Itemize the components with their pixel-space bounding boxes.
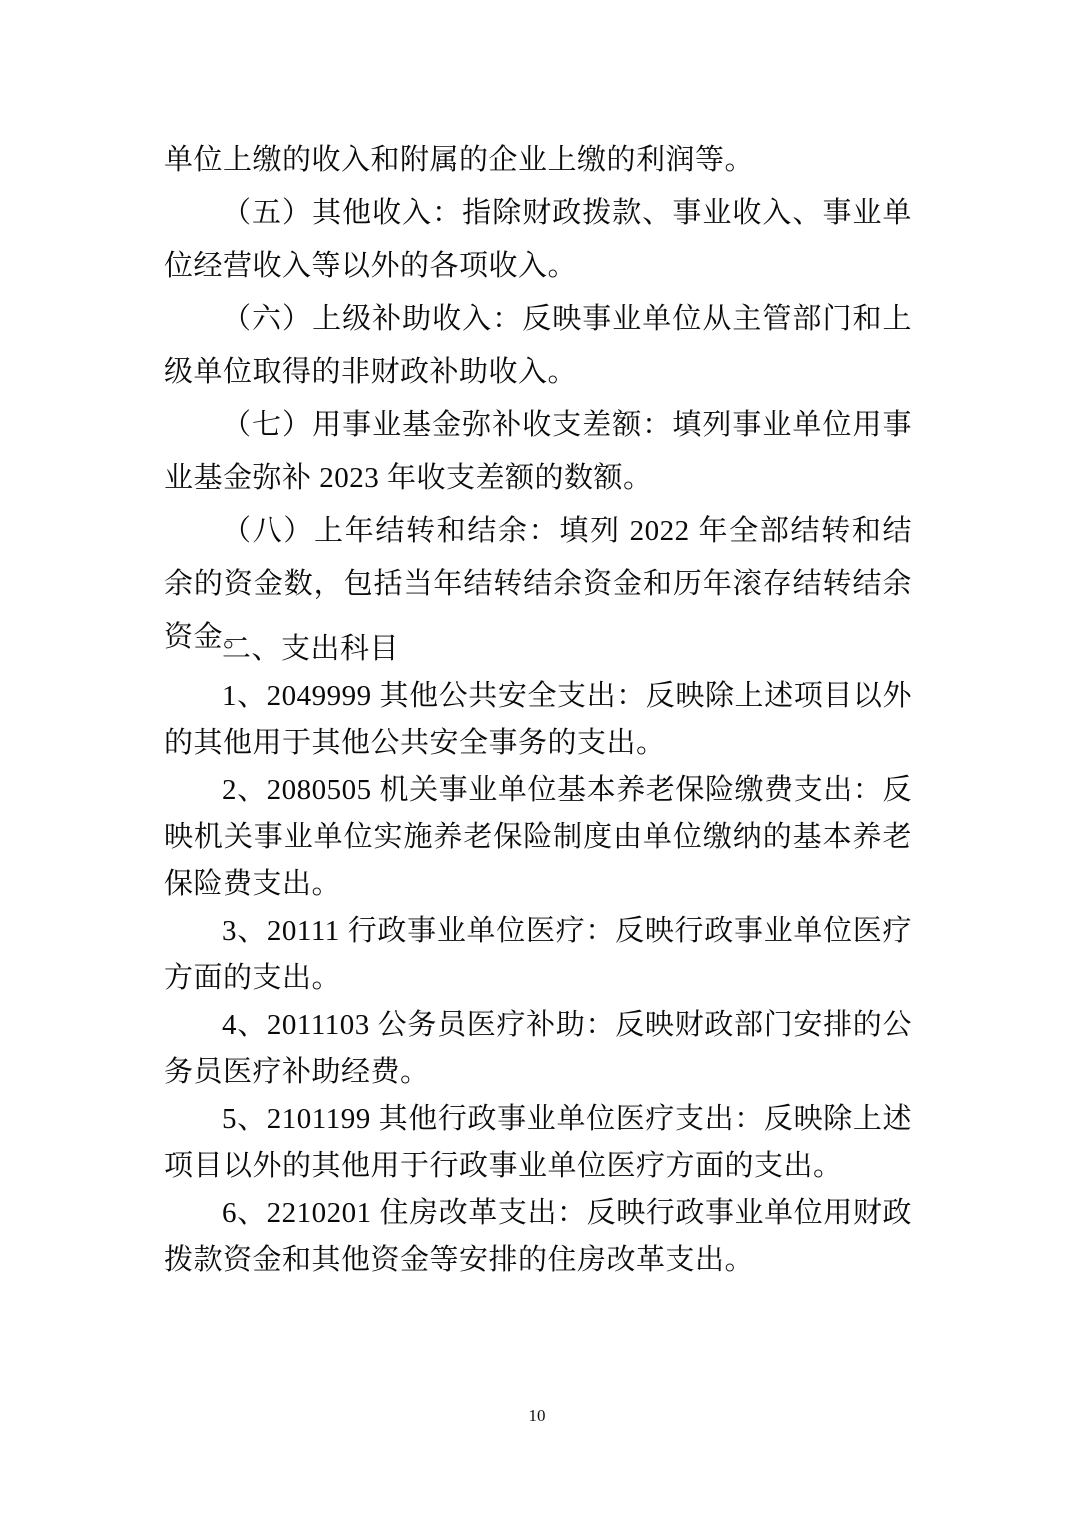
paragraph-item-1-2049999: 1、2049999 其他公共安全支出：反映除上述项目以外的其他用于其他公共安全事… [164,673,912,767]
page-number: 10 [0,1404,1074,1428]
income-section-text-block: 单位上缴的收入和附属的企业上缴的利润等。 （五）其他收入：指除财政拨款、事业收入… [164,134,912,664]
paragraph-item-5-2101199: 5、2101199 其他行政事业单位医疗支出：反映除上述项目以外的其他用于行政事… [164,1096,912,1190]
expenditure-section-text-block: 二、支出科目 1、2049999 其他公共安全支出：反映除上述项目以外的其他用于… [164,626,912,1284]
paragraph-item-6-superior-subsidy-income: （六）上级补助收入：反映事业单位从主管部门和上级单位取得的非财政补助收入。 [164,293,912,399]
paragraph-item-3-20111: 3、20111 行政事业单位医疗：反映行政事业单位医疗方面的支出。 [164,908,912,1002]
paragraph-item-6-2210201: 6、2210201 住房改革支出：反映行政事业单位用财政拨款资金和其他资金等安排… [164,1190,912,1284]
document-page: 单位上缴的收入和附属的企业上缴的利润等。 （五）其他收入：指除财政拨款、事业收入… [0,0,1074,1520]
paragraph-item-4-2011103: 4、2011103 公务员医疗补助：反映财政部门安排的公务员医疗补助经费。 [164,1002,912,1096]
paragraph-item-7-fund-balance: （七）用事业基金弥补收支差额：填列事业单位用事业基金弥补 2023 年收支差额的… [164,399,912,505]
paragraph-continuation: 单位上缴的收入和附属的企业上缴的利润等。 [164,134,912,187]
section-heading-expenditure: 二、支出科目 [164,626,912,673]
paragraph-item-5-other-income: （五）其他收入：指除财政拨款、事业收入、事业单位经营收入等以外的各项收入。 [164,187,912,293]
paragraph-item-2-2080505: 2、2080505 机关事业单位基本养老保险缴费支出：反映机关事业单位实施养老保… [164,767,912,908]
